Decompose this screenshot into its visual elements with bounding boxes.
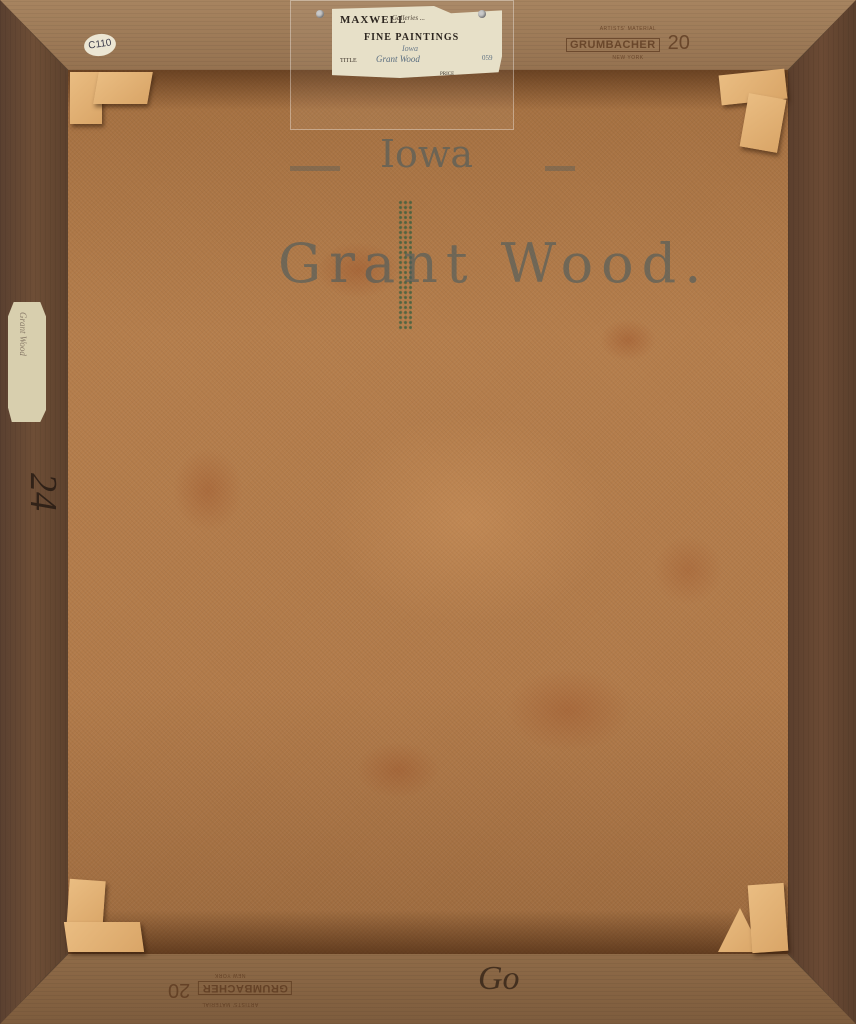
gallery-label: MAXWELL Galleries ... FINE PAINTINGS Iow… (332, 6, 502, 78)
screw-icon (316, 10, 324, 18)
stamp-size: 20 (168, 979, 190, 1001)
inscription-title: Iowa (380, 132, 473, 176)
canvas-shadow (68, 910, 788, 954)
stretcher-bar-right (788, 0, 856, 1024)
label-artist-handwritten: Grant Wood (376, 54, 420, 64)
bottom-bar-inscription: Go (478, 960, 520, 998)
label-heading: FINE PAINTINGS (364, 32, 459, 43)
stretcher-bar-bottom (0, 954, 856, 1024)
label-title-field: TITLE (340, 58, 357, 64)
label-subtitle: Galleries ... (392, 14, 425, 22)
inscription-dash (545, 166, 575, 171)
stamp-maker: GRUMBACHER (198, 981, 292, 995)
canvas-back (68, 70, 788, 954)
painting-verso-photo: Iowa Grant Wood. MAXWELL Galleries ... F… (0, 0, 856, 1024)
left-bar-inscription: 24 (21, 473, 65, 511)
corner-key (748, 883, 789, 953)
screw-icon (478, 10, 486, 18)
stretcher-bar-left (0, 0, 68, 1024)
inscription-dash (290, 166, 340, 171)
label-title-handwritten: Iowa (402, 44, 418, 53)
stamp-maker: GRUMBACHER (566, 38, 660, 52)
left-paper-tag: Grant Wood (8, 302, 46, 422)
label-number: 059 (482, 54, 493, 62)
corner-key (64, 922, 144, 952)
tag-text: Grant Wood (18, 312, 28, 356)
stamp-size: 20 (668, 32, 690, 54)
stamp-city: NEW YORK (168, 972, 292, 978)
stamp-city: NEW YORK (566, 55, 690, 61)
stamp-small-text: ARTISTS' MATERIAL (168, 1001, 292, 1007)
maker-stamp-bottom: ARTISTS' MATERIAL GRUMBACHER20 NEW YORK (168, 972, 292, 1007)
inscription-artist: Grant Wood. (278, 232, 709, 295)
corner-key (93, 72, 153, 104)
maker-stamp-top: ARTISTS' MATERIAL GRUMBACHER20 NEW YORK (566, 26, 690, 61)
